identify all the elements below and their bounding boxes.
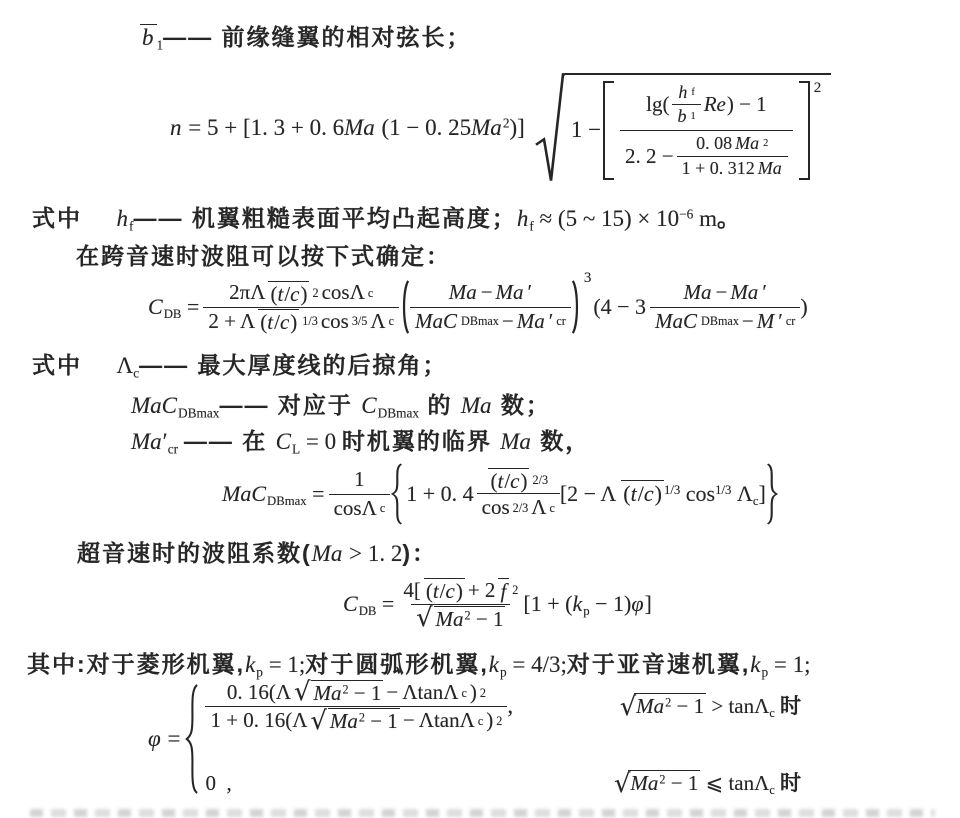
math-token: [2 − Λ (t/c)1/3 cos1/3 Λc] (560, 480, 766, 508)
phi-cases: 0. 16(Λ √Ma2 − 1 − ΛtanΛc)2 1 + 0. 16(Λ … (205, 676, 803, 802)
tc-fraction: (t/c)2/3 cos2/3 Λc (477, 467, 560, 522)
hf-definition-line: 式中 hf—— 机翼粗糙表面平均凸起高度；hf ≈ (5 ~ 15) × 10−… (32, 203, 742, 234)
phi-case-1: 0. 16(Λ √Ma2 − 1 − ΛtanΛc)2 1 + 0. 16(Λ … (205, 679, 803, 734)
math-token: cosΛc (329, 494, 391, 522)
formula-cdb-transonic: CDB = 2πΛ (t/c)2 cosΛc 2 + Λ (t/c)1/3 co… (148, 270, 808, 344)
cutoff-text-strip (30, 809, 935, 817)
math-token: 0 , (205, 770, 231, 796)
nested-fraction: 0. 08Ma2 1 + 0. 312Ma (677, 132, 788, 180)
math-token: 4[(t/c) + 2f2 (398, 577, 523, 604)
formula-macdbmax: MaCDBmax = 1 cosΛc 1 + 0. 4 (t/c)2/3 cos… (222, 461, 779, 527)
brace-open-icon (184, 683, 199, 795)
math-token: cos2/3 Λc (477, 493, 560, 521)
transonic-intro-line: 在跨音速时波阻可以按下式确定： (76, 241, 451, 272)
phi-case-2: 0 , √Ma2 − 1 ⩽ tanΛc 时 (205, 770, 803, 797)
math-token: [1 + (kp − 1)φ] (523, 590, 651, 618)
math-token: (t/c)2/3 (483, 467, 553, 494)
nested-fraction: hf b1 (672, 81, 700, 129)
fraction-denominator: 2. 2 − 0. 08Ma2 1 + 0. 312Ma (620, 130, 793, 181)
document-page: b1—— 前缘缝翼的相对弦长； n = 5 + [1. 3 + 0. 6Ma (… (0, 0, 960, 818)
paren-exponent: 3 (584, 271, 592, 286)
bracket-left (603, 81, 614, 180)
math-token: 0. 16(Λ √Ma2 − 1 − ΛtanΛc)2 (222, 679, 491, 706)
cdb1-lhs: CDB = (148, 293, 199, 321)
radical-sign: 1 − lg( hf b1 Re) − 1 2. 2 − 0. (535, 73, 831, 183)
cdb2-lhs: CDB = (343, 590, 394, 618)
math-token: MaCDBmax − M′cr (650, 307, 800, 335)
phi-lhs: φ = (148, 725, 180, 754)
radicand-lead: 1 − (571, 116, 601, 145)
formula-n-lead: n = 5 + [1. 3 + 0. 6Ma (1 − 0. 25Ma2)] (170, 114, 525, 143)
math-token: b1 (672, 104, 700, 129)
fraction-numerator: lg( hf b1 Re) − 1 (641, 80, 772, 130)
lambda-definition-line: 式中 Λc—— 最大厚度线的后掠角； (32, 350, 448, 381)
math-token: 1 (349, 466, 370, 493)
main-fraction: lg( hf b1 Re) − 1 2. 2 − 0. 08Ma2 1 + 0.… (620, 80, 793, 181)
paren-open-icon (399, 279, 410, 335)
brace-close-icon (766, 463, 779, 525)
math-token: (4 − 3 (593, 293, 646, 321)
formula-n: n = 5 + [1. 3 + 0. 6Ma (1 − 0. 25Ma2)] 1… (170, 64, 831, 192)
cos-fraction: 1 cosΛc (329, 466, 391, 521)
phi-condition-2: √Ma2 − 1 ⩽ tanΛc 时 (614, 770, 803, 797)
formula-phi: φ = 0. 16(Λ √Ma2 − 1 − ΛtanΛc)2 1 + 0. 1… (148, 680, 803, 798)
math-token: 1 + 0. 16(Λ √Ma2 − 1 − ΛtanΛc)2 (205, 706, 507, 734)
cdb2-fraction: 4[(t/c) + 2f2 √Ma2 − 1 (398, 577, 523, 632)
cdb1-main-fraction: 2πΛ (t/c)2 cosΛc 2 + Λ (t/c)1/3 cos3/5 Λ… (203, 279, 399, 334)
math-token: 0. 08Ma2 (691, 132, 773, 156)
macdbmax-lhs: MaCDBmax = (222, 480, 325, 508)
math-token: , (507, 692, 513, 721)
math-token: √Ma2 − 1 (411, 604, 510, 632)
b1-definition-line: b1—— 前缘缝翼的相对弦长； (140, 22, 472, 53)
bracket-right (799, 81, 810, 180)
macdbmax-definition-line: MaCDBmax—— 对应于 CDBmax 的 Ma 数； (131, 390, 551, 421)
math-token: 2πΛ (t/c)2 cosΛc (224, 279, 378, 306)
math-token: 2 + Λ (t/c)1/3 cos3/5 Λc (203, 307, 399, 335)
phi-condition-1: √Ma2 − 1 > tanΛc 时 (620, 693, 803, 720)
math-token: MaCDBmax − Ma′cr (410, 307, 571, 335)
phi-fraction: 0. 16(Λ √Ma2 − 1 − ΛtanΛc)2 1 + 0. 16(Λ … (205, 679, 507, 734)
radicand: 1 − lg( hf b1 Re) − 1 2. 2 − 0. (565, 73, 831, 183)
cdb1-mach-fraction-2: Ma − Ma′ MaCDBmax − M′cr (650, 279, 800, 334)
cdb1-mach-fraction: Ma − Ma′ MaCDBmax − Ma′cr (410, 279, 571, 334)
brace-open-icon (390, 463, 403, 525)
supersonic-intro-line: 超音速时的波阻系数(Ma > 1. 2)： (77, 538, 437, 569)
math-token: Re) − 1 (704, 92, 767, 117)
math-token: ) (800, 293, 807, 321)
math-token: 2. 2 − (625, 144, 674, 169)
bracket-exponent: 2 (814, 81, 822, 96)
math-token: lg( (646, 92, 669, 117)
macr-definition-line: Ma′cr —— 在 CL = 0 时机翼的临界 Ma 数， (131, 426, 590, 457)
paren-close-icon (571, 279, 582, 335)
formula-cdb-supersonic: CDB = 4[(t/c) + 2f2 √Ma2 − 1 [1 + (kp − … (343, 572, 652, 636)
math-token: hf (673, 81, 699, 105)
math-token: 1 + 0. 4 (406, 480, 473, 508)
math-token: Ma − Ma′ (444, 279, 537, 306)
radical-stroke-icon (535, 73, 565, 183)
math-token: Ma − Ma′ (678, 279, 771, 306)
math-token: 1 + 0. 312Ma (677, 156, 788, 181)
